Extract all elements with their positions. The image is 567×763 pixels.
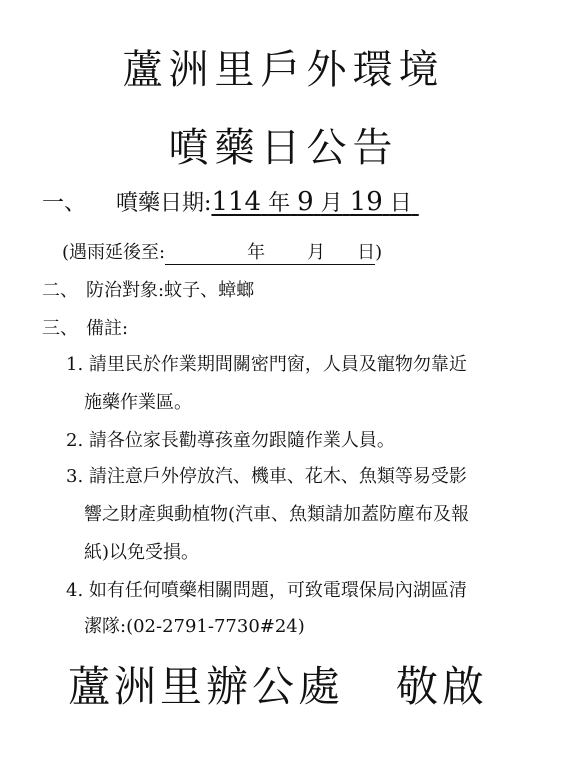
rain-delay-label: 遇雨延後至: (69, 242, 165, 263)
signature-closing: 敬啟 (396, 662, 488, 711)
notice-title-line1: 蘆洲里戶外環境 (0, 38, 567, 95)
section-number: 一、 (42, 191, 86, 216)
spray-date-label: 噴藥日期: (116, 191, 211, 216)
remark-item-4-contact: 潔隊:(02-2791-7730#24) (84, 612, 305, 638)
rain-delay-date-blank: 年月日 (165, 238, 375, 265)
notice-title-line2: 噴藥日公告 (0, 116, 567, 173)
remark-item-4: 4. 如有任何噴藥相關問題，可致電環保局內湖區清 (66, 576, 467, 602)
section-remarks: 三、備註: (42, 314, 128, 340)
signature: 蘆洲里辦公處敬啟 (68, 654, 488, 714)
spray-date-value: 114 年 9 月 19 日 (211, 191, 418, 216)
signature-office: 蘆洲里辦公處 (68, 662, 344, 711)
remark-item-1-cont: 施藥作業區。 (84, 388, 192, 414)
remark-item-1: 1. 請里民於作業期間關密門窗，人員及寵物勿靠近 (66, 350, 467, 376)
remark-item-3-cont1: 響之財產與動植物(汽車、魚類請加蓋防塵布及報 (84, 500, 469, 526)
remark-item-3: 3. 請注意戶外停放汽、機車、花木、魚類等易受影 (66, 462, 467, 488)
remark-item-2: 2. 請各位家長勸導孩童勿跟隨作業人員。 (66, 426, 395, 452)
rain-delay-line: (遇雨延後至:年月日) (62, 238, 382, 265)
remark-item-3-cont2: 紙)以免受損。 (84, 538, 199, 564)
target-pests-text: 防治對象:蚊子、蟑螂 (86, 280, 254, 301)
section-spray-date: 一、噴藥日期:114 年 9 月 19 日 (42, 186, 419, 217)
remarks-label: 備註: (86, 318, 128, 339)
section-target-pests: 二、防治對象:蚊子、蟑螂 (42, 276, 254, 302)
